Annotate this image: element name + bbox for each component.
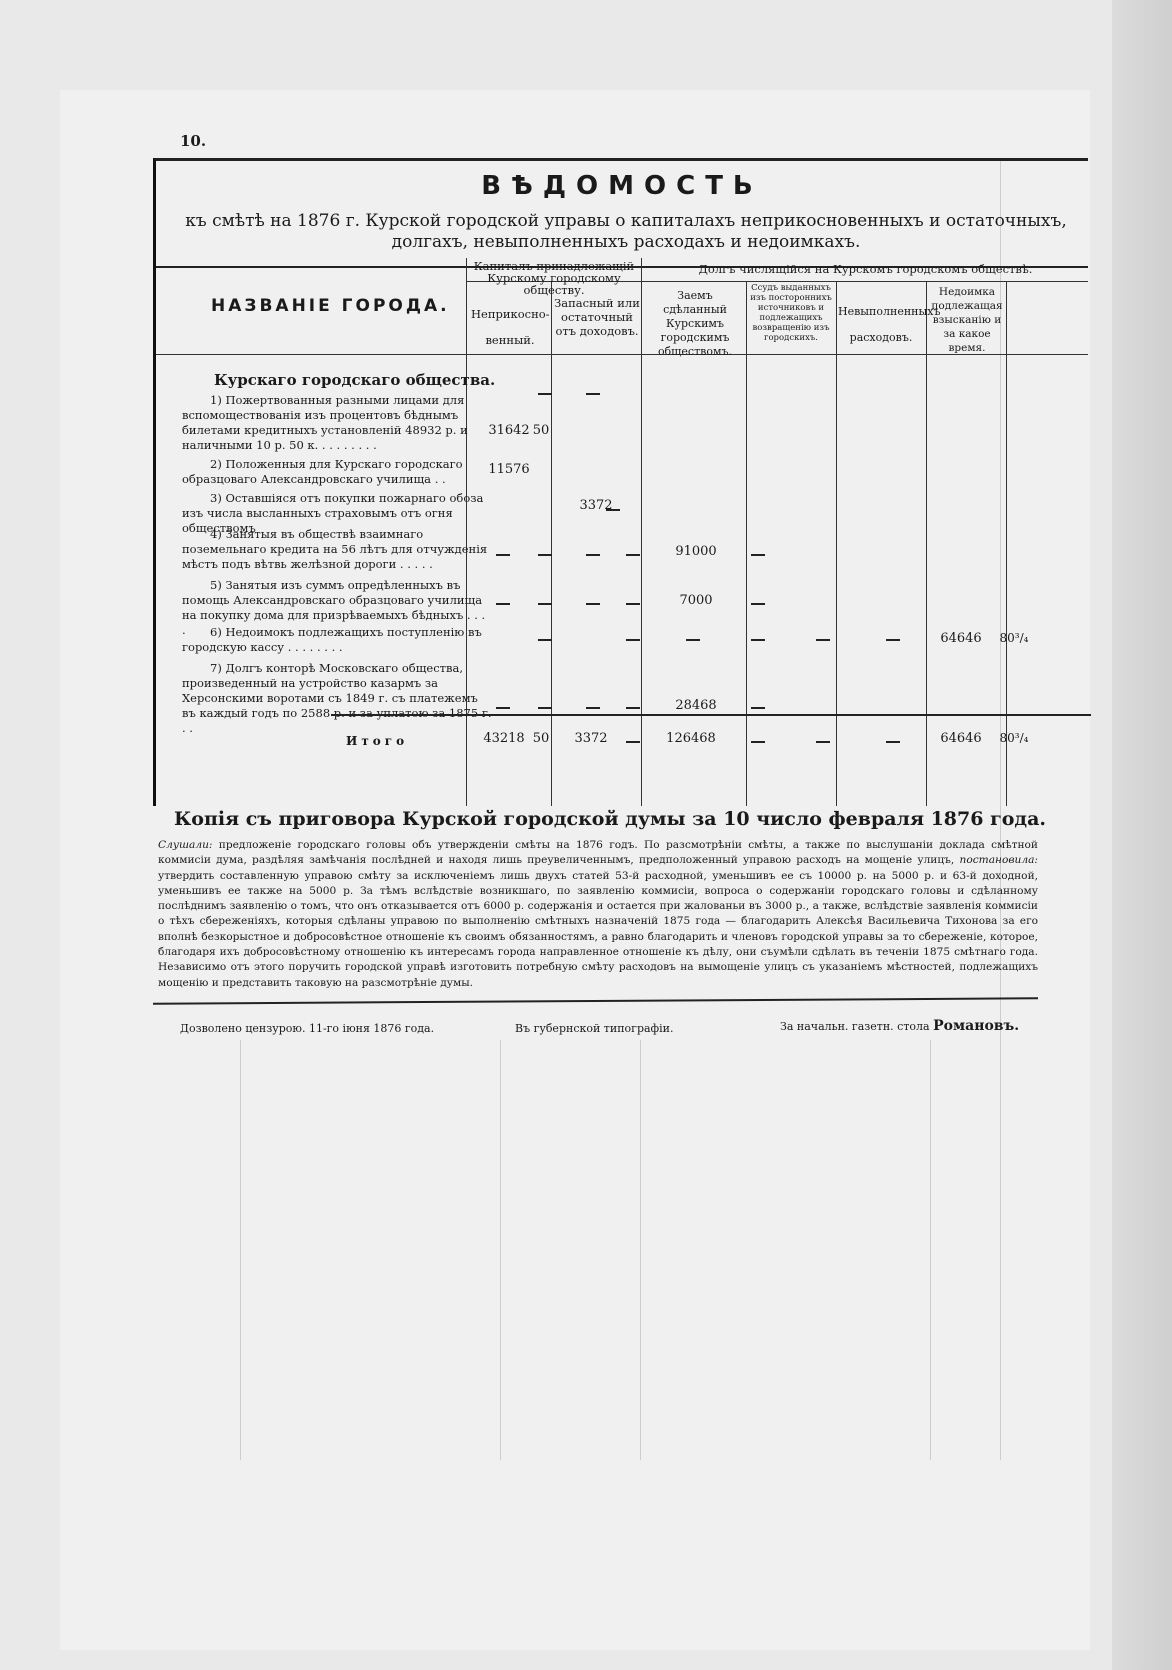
signature-prefix: За начальн. газетн. стола <box>780 1020 930 1033</box>
resolution-paragraph: Слушали: предложеніе городскаго головы о… <box>158 838 1038 991</box>
empty-cell-dash <box>751 554 765 556</box>
row-7-loan: 28468 <box>656 698 736 713</box>
empty-cell-dash <box>538 639 552 641</box>
table-row-1-description: 1) Пожертвованныя разными лицами для всп… <box>182 393 492 453</box>
total-reserve: 3372 <box>561 731 621 746</box>
signature-name: Романовъ. <box>933 1018 1019 1034</box>
empty-cell-dash <box>626 639 640 641</box>
ghost-line <box>500 1040 501 1460</box>
empty-cell-dash <box>586 554 600 556</box>
empty-cell-dash <box>496 707 510 709</box>
column-header-loan: Заемъ сдѣланный Курскимъ городскимъ обще… <box>646 289 744 359</box>
total-untouchable-rub: 43218 <box>474 731 534 746</box>
row-3-reserve: 3372 <box>561 498 631 513</box>
signature: За начальн. газетн. стола Романовъ. <box>780 1018 1019 1034</box>
empty-cell-dash <box>686 639 700 641</box>
row-2-untouchable-rub: 11576 <box>474 462 544 477</box>
empty-cell-dash <box>538 393 552 395</box>
subtitle-line-1: къ смѣтѣ на 1876 г. Курской городской уп… <box>164 211 1088 232</box>
empty-cell-dash <box>751 603 765 605</box>
resolution-title: Копія съ приговора Курской городской дум… <box>160 808 1060 830</box>
table-row-7-description: 7) Долгъ конторѣ Московскаго общества, п… <box>182 661 492 736</box>
row-5-loan: 7000 <box>656 593 736 608</box>
total-untouchable-kop: 50 <box>526 731 556 746</box>
total-rule <box>331 714 1091 716</box>
total-loan: 126468 <box>651 731 731 746</box>
total-arrears: 64646 <box>931 731 991 746</box>
empty-cell-dash <box>626 603 640 605</box>
row-6-arrears-kop: 80³/₄ <box>994 631 1034 645</box>
empty-cell-dash <box>586 707 600 709</box>
empty-cell-dash <box>586 603 600 605</box>
column-divider <box>836 281 837 806</box>
column-header-untouchable: Неприкосно-венный. <box>471 301 549 353</box>
column-divider <box>551 281 552 806</box>
empty-cell-dash <box>626 741 640 743</box>
empty-cell-dash <box>626 554 640 556</box>
paragraph-decided: постановила: <box>960 854 1038 866</box>
empty-cell-dash <box>751 707 765 709</box>
column-header-city-name: НАЗВАНІЕ ГОРОДА. <box>211 296 450 316</box>
row-4-loan: 91000 <box>656 544 736 559</box>
empty-cell-dash <box>538 554 552 556</box>
empty-cell-dash <box>751 639 765 641</box>
column-divider <box>926 281 927 806</box>
empty-cell-dash <box>886 741 900 743</box>
ghost-line <box>240 1040 241 1460</box>
empty-cell-dash <box>538 603 552 605</box>
table-row-4-description: 4) Занятыя въ обществѣ взаимнаго поземел… <box>182 527 492 572</box>
column-header-unfulfilled: Невыполненныхъ расходовъ. <box>838 299 924 351</box>
empty-cell-dash <box>886 639 900 641</box>
scan-edge <box>1112 0 1172 1670</box>
column-divider <box>746 281 747 806</box>
document-title: ВѢДОМОСТЬ <box>156 171 1088 201</box>
table-row-6-description: 6) Недоимокъ подлежащихъ поступленію въ … <box>182 625 492 655</box>
row-6-arrears: 64646 <box>931 631 991 646</box>
empty-cell-dash <box>496 603 510 605</box>
empty-cell-dash <box>816 741 830 743</box>
column-header-reserve: Запасный или остаточный отъ доходовъ. <box>554 296 640 338</box>
column-header-debt-group: Долгъ числящійся на Курскомъ городскомъ … <box>643 263 1088 275</box>
paragraph-text-2: утвердить составленную управою смѣту за … <box>158 870 1038 989</box>
printer-note: Въ губернской типографіи. <box>515 1022 674 1035</box>
subtitle-line-2: долгахъ, невыполненныхъ расходахъ и недо… <box>164 232 1088 253</box>
table-row-2-description: 2) Положенныя для Курскаго городскаго об… <box>182 457 492 487</box>
empty-cell-dash <box>626 707 640 709</box>
column-header-foreign-loans: Ссудъ выданныхъ изъ постороннихъ источни… <box>748 283 834 343</box>
ghost-line <box>640 1040 641 1460</box>
empty-cell-dash <box>496 554 510 556</box>
empty-cell-dash <box>586 393 600 395</box>
ghost-line <box>930 1040 931 1460</box>
row-1-untouchable-kop: 50 <box>526 423 556 438</box>
total-label: Итого <box>346 734 408 748</box>
censor-note: Дозволено цензурою. 11-го іюня 1876 года… <box>180 1022 434 1035</box>
column-header-arrears: Недоимка подлежащая взысканію и за какое… <box>928 285 1006 355</box>
empty-cell-dash <box>751 741 765 743</box>
column-divider <box>641 258 642 806</box>
column-divider <box>1006 281 1007 806</box>
empty-cell-dash <box>816 639 830 641</box>
empty-cell-dash <box>538 707 552 709</box>
column-header-capital-group: Капиталъ принадлежащій Курскому городско… <box>468 260 640 296</box>
paragraph-text-1: предложеніе городскаго головы объ утверж… <box>158 839 1038 866</box>
page-number: 10. <box>180 132 206 150</box>
total-arrears-kop: 80³/₄ <box>994 731 1034 745</box>
document-subtitle: къ смѣтѣ на 1876 г. Курской городской уп… <box>164 211 1088 253</box>
group-title: Курскаго городскаго общества. <box>214 371 495 389</box>
empty-cell-dash <box>606 509 620 511</box>
statement-table-frame: ВѢДОМОСТЬ къ смѣтѣ на 1876 г. Курской го… <box>153 158 1088 806</box>
paragraph-lead: Слушали: <box>158 839 212 851</box>
